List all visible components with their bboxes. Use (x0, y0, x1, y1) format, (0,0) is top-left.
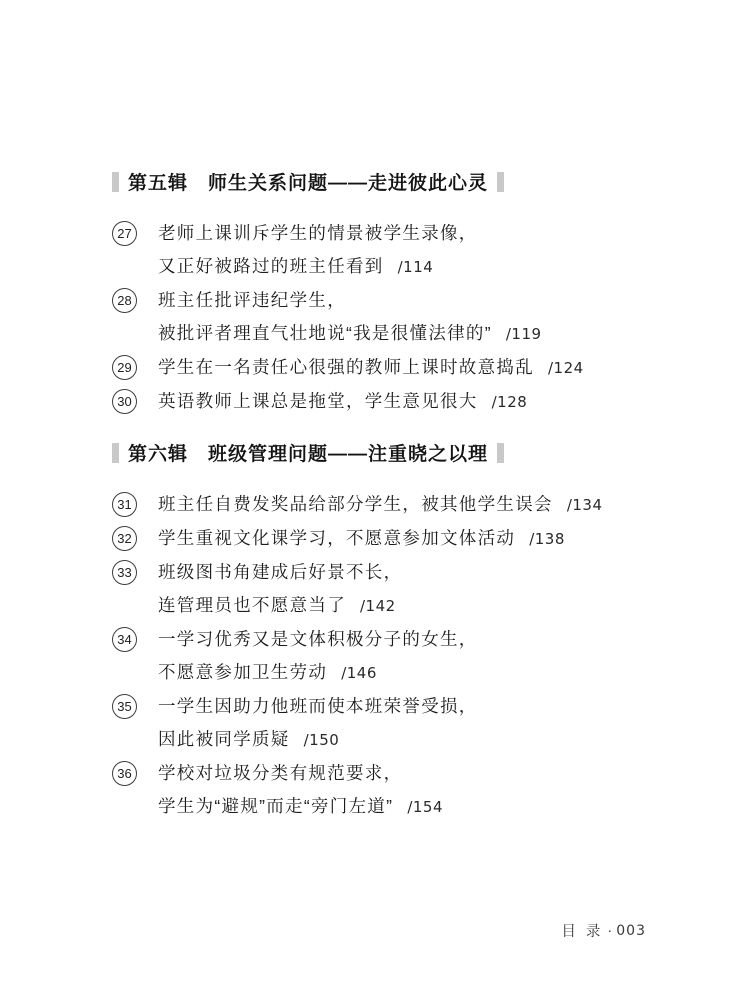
toc-item-text: 学校对垃圾分类有规范要求， (158, 763, 402, 783)
footer-label: 目 录 (561, 920, 603, 941)
toc-item: 33班级图书角建成后好景不长，连管理员也不愿意当了/142 (112, 556, 657, 623)
item-number-badge: 31 (112, 492, 137, 517)
item-number-col: 30 (112, 385, 158, 414)
toc-item-text: 又正好被路过的班主任看到 (158, 256, 384, 276)
toc-item-text: 一学生因助力他班而使本班荣誉受损， (158, 696, 478, 716)
toc-item-text: 老师上课训斥学生的情景被学生录像， (158, 223, 478, 243)
item-number-col: 35 (112, 690, 158, 719)
page-number: /146 (341, 664, 377, 682)
item-number-badge: 33 (112, 560, 137, 585)
toc-item-text: 学生重视文化课学习，不愿意参加文体活动 (158, 528, 515, 548)
item-number-badge: 29 (112, 355, 137, 380)
page-footer: 目 录 · 003 (561, 920, 646, 941)
toc-item: 32学生重视文化课学习，不愿意参加文体活动/138 (112, 522, 657, 556)
toc-item-line: 班主任自费发奖品给部分学生，被其他学生误会/134 (158, 488, 603, 522)
page-number: /150 (304, 731, 340, 749)
toc-item-text: 一学习优秀又是文体积极分子的女生， (158, 629, 478, 649)
toc-item: 29学生在一名责任心很强的教师上课时故意捣乱/124 (112, 351, 657, 385)
toc-item-text: 班级图书角建成后好景不长， (158, 562, 402, 582)
page-number: /154 (407, 798, 443, 816)
toc-item-line: 一学生因助力他班而使本班荣誉受损， (158, 690, 478, 723)
toc-item: 28班主任批评违纪学生，被批评者理直气壮地说“我是很懂法律的”/119 (112, 284, 657, 351)
item-lines: 班主任批评违纪学生，被批评者理直气壮地说“我是很懂法律的”/119 (158, 284, 542, 351)
item-number-col: 31 (112, 488, 158, 517)
footer-dot-icon: · (607, 923, 612, 939)
toc-item-line: 不愿意参加卫生劳动/146 (158, 656, 478, 690)
page-number: /134 (567, 496, 603, 514)
page-number: /128 (492, 393, 528, 411)
toc-item-text: 英语教师上课总是拖堂，学生意见很大 (158, 391, 478, 411)
toc-item: 34一学习优秀又是文体积极分子的女生，不愿意参加卫生劳动/146 (112, 623, 657, 690)
toc-item-line: 学生重视文化课学习，不愿意参加文体活动/138 (158, 522, 565, 556)
toc-item-text: 被批评者理直气壮地说“我是很懂法律的” (158, 323, 492, 343)
section-title: 第六辑 班级管理问题——注重晓之以理 (128, 439, 488, 466)
item-number-badge: 32 (112, 526, 137, 551)
toc-item-line: 英语教师上课总是拖堂，学生意见很大/128 (158, 385, 527, 419)
toc-item-text: 连管理员也不愿意当了 (158, 595, 346, 615)
item-lines: 一学习优秀又是文体积极分子的女生，不愿意参加卫生劳动/146 (158, 623, 478, 690)
toc-item-line: 班主任批评违纪学生， (158, 284, 542, 317)
item-lines: 一学生因助力他班而使本班荣誉受损，因此被同学质疑/150 (158, 690, 478, 757)
item-number-col: 32 (112, 522, 158, 551)
toc-item-line: 连管理员也不愿意当了/142 (158, 589, 402, 623)
toc-item: 30英语教师上课总是拖堂，学生意见很大/128 (112, 385, 657, 419)
toc-item-text: 班主任自费发奖品给部分学生，被其他学生误会 (158, 494, 553, 514)
item-number-col: 28 (112, 284, 158, 313)
toc-item-text: 学生在一名责任心很强的教师上课时故意捣乱 (158, 357, 534, 377)
item-lines: 班主任自费发奖品给部分学生，被其他学生误会/134 (158, 488, 603, 522)
toc-item-line: 一学习优秀又是文体积极分子的女生， (158, 623, 478, 656)
item-lines: 学生重视文化课学习，不愿意参加文体活动/138 (158, 522, 565, 556)
item-number-col: 29 (112, 351, 158, 380)
section-title: 第五辑 师生关系问题——走进彼此心灵 (128, 168, 488, 195)
page-number: /119 (506, 325, 542, 343)
item-lines: 学生在一名责任心很强的教师上课时故意捣乱/124 (158, 351, 584, 385)
item-number-col: 36 (112, 757, 158, 786)
toc-item-line: 被批评者理直气壮地说“我是很懂法律的”/119 (158, 317, 542, 351)
page-number: /142 (360, 597, 396, 615)
toc-item-text: 班主任批评违纪学生， (158, 290, 346, 310)
section-bar-right-icon (497, 172, 504, 192)
item-number-col: 33 (112, 556, 158, 585)
item-number-col: 34 (112, 623, 158, 652)
toc-item-line: 老师上课训斥学生的情景被学生录像， (158, 217, 478, 250)
item-number-badge: 36 (112, 761, 137, 786)
toc-content: 第五辑 师生关系问题——走进彼此心灵27老师上课训斥学生的情景被学生录像，又正好… (112, 168, 657, 824)
toc-item-line: 因此被同学质疑/150 (158, 723, 478, 757)
item-number-badge: 27 (112, 221, 137, 246)
item-number-col: 27 (112, 217, 158, 246)
toc-item-line: 班级图书角建成后好景不长， (158, 556, 402, 589)
toc-section: 第五辑 师生关系问题——走进彼此心灵27老师上课训斥学生的情景被学生录像，又正好… (112, 168, 657, 419)
section-bar-left-icon (112, 172, 119, 192)
item-number-badge: 34 (112, 627, 137, 652)
item-number-badge: 28 (112, 288, 137, 313)
toc-item: 27老师上课训斥学生的情景被学生录像，又正好被路过的班主任看到/114 (112, 217, 657, 284)
toc-item-text: 学生为“避规”而走“旁门左道” (158, 796, 393, 816)
item-number-badge: 30 (112, 389, 137, 414)
section-header: 第六辑 班级管理问题——注重晓之以理 (112, 439, 657, 466)
page-number: /138 (529, 530, 565, 548)
toc-item-line: 学生在一名责任心很强的教师上课时故意捣乱/124 (158, 351, 584, 385)
toc-item: 31班主任自费发奖品给部分学生，被其他学生误会/134 (112, 488, 657, 522)
toc-item-text: 不愿意参加卫生劳动 (158, 662, 327, 682)
toc-item-line: 学生为“避规”而走“旁门左道”/154 (158, 790, 443, 824)
item-lines: 班级图书角建成后好景不长，连管理员也不愿意当了/142 (158, 556, 402, 623)
toc-page: 第五辑 师生关系问题——走进彼此心灵27老师上课训斥学生的情景被学生录像，又正好… (0, 0, 750, 1000)
section-bar-right-icon (497, 443, 504, 463)
item-lines: 英语教师上课总是拖堂，学生意见很大/128 (158, 385, 527, 419)
footer-page-number: 003 (616, 923, 646, 939)
page-number: /124 (548, 359, 584, 377)
toc-item: 36学校对垃圾分类有规范要求，学生为“避规”而走“旁门左道”/154 (112, 757, 657, 824)
item-number-badge: 35 (112, 694, 137, 719)
toc-section: 第六辑 班级管理问题——注重晓之以理31班主任自费发奖品给部分学生，被其他学生误… (112, 439, 657, 824)
section-bar-left-icon (112, 443, 119, 463)
page-number: /114 (398, 258, 434, 276)
toc-item: 35一学生因助力他班而使本班荣誉受损，因此被同学质疑/150 (112, 690, 657, 757)
section-header: 第五辑 师生关系问题——走进彼此心灵 (112, 168, 657, 195)
toc-item-text: 因此被同学质疑 (158, 729, 290, 749)
toc-item-line: 又正好被路过的班主任看到/114 (158, 250, 478, 284)
item-lines: 学校对垃圾分类有规范要求，学生为“避规”而走“旁门左道”/154 (158, 757, 443, 824)
item-lines: 老师上课训斥学生的情景被学生录像，又正好被路过的班主任看到/114 (158, 217, 478, 284)
toc-item-line: 学校对垃圾分类有规范要求， (158, 757, 443, 790)
